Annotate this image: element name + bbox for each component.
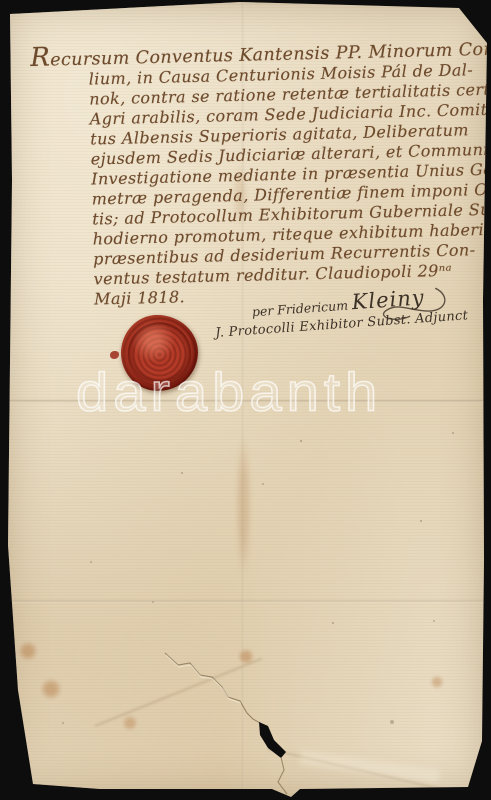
watermark: darabanth bbox=[76, 366, 382, 420]
diagonal-crease bbox=[268, 748, 444, 790]
stain bbox=[18, 641, 38, 661]
signature-name: Kleiny bbox=[351, 285, 425, 314]
fold-stain bbox=[236, 438, 251, 573]
diagonal-crease bbox=[95, 658, 263, 727]
paper-specks bbox=[0, 0, 2, 2]
stain bbox=[122, 715, 138, 731]
stain bbox=[40, 678, 62, 700]
stain bbox=[430, 675, 444, 689]
photo-background: Recursum Conventus Kantensis PP. Minorum… bbox=[0, 0, 491, 800]
manuscript-text: Recursum Conventus Kantensis PP. Minorum… bbox=[30, 37, 491, 311]
stain bbox=[238, 648, 254, 665]
horizontal-fold-crease bbox=[0, 600, 491, 603]
diagonal-crease bbox=[300, 750, 441, 783]
signature-prefix: per Fridericum bbox=[251, 298, 348, 320]
